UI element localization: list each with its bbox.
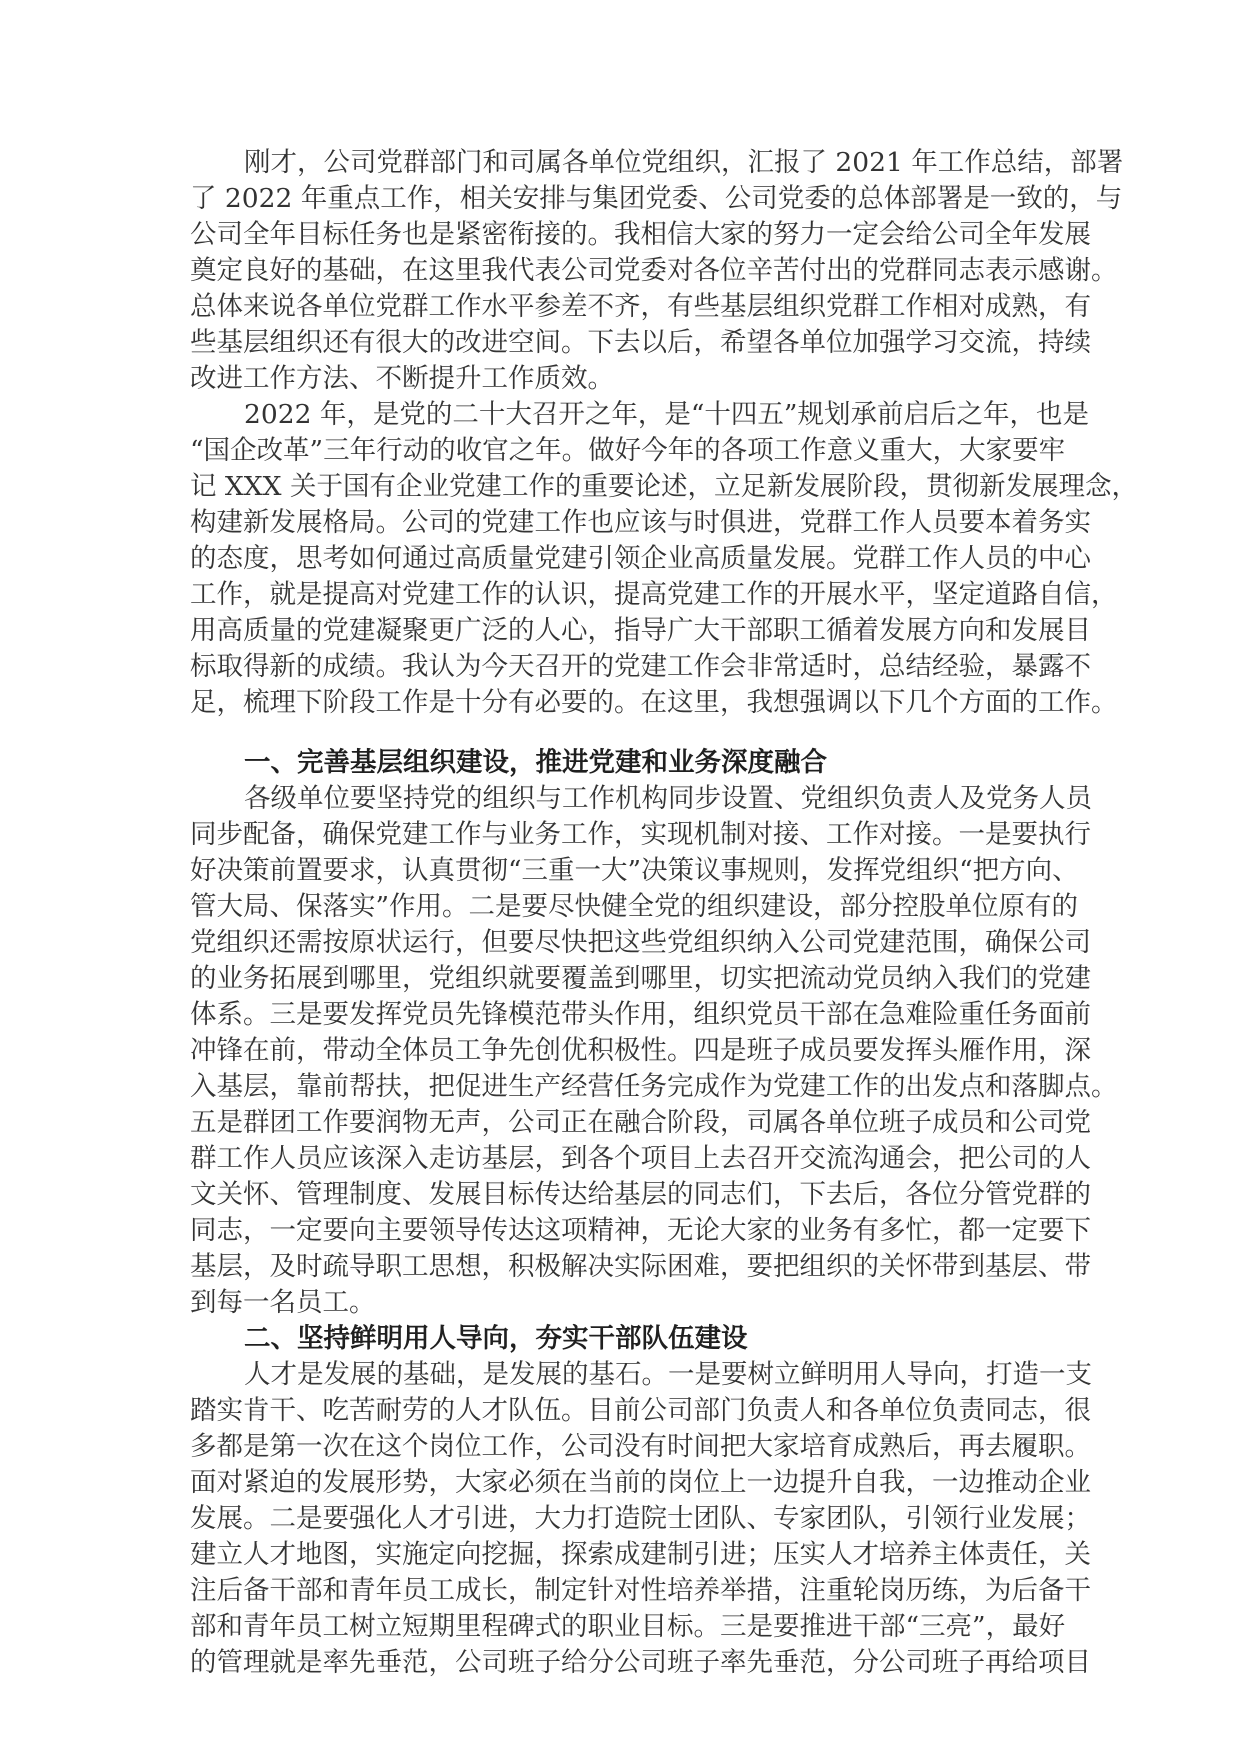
paragraph-line: 多都是第一次在这个岗位工作，公司没有时间把大家培育成熟后，再去履职。 xyxy=(190,1429,1052,1465)
paragraph-line: 党组织还需按原状运行，但要尽快把这些党组织纳入公司党建范围，确保公司 xyxy=(190,925,1052,961)
paragraph-line: 2022 年，是党的二十大召开之年，是“十四五”规划承前启后之年，也是 xyxy=(190,397,1052,433)
paragraph-line: 构建新发展格局。公司的党建工作也应该与时俱进，党群工作人员要本着务实 xyxy=(190,505,1052,541)
paragraph-line: 部和青年员工树立短期里程碑式的职业目标。三是要推进干部“三亮”，最好 xyxy=(190,1609,1052,1645)
paragraph-line: 同步配备，确保党建工作与业务工作，实现机制对接、工作对接。一是要执行 xyxy=(190,817,1052,853)
paragraph-line: 基层，及时疏导职工思想，积极解决实际困难，要把组织的关怀带到基层、带 xyxy=(190,1249,1052,1285)
paragraph-line: 入基层，靠前帮扶，把促进生产经营任务完成作为党建工作的出发点和落脚点。 xyxy=(190,1069,1052,1105)
paragraph-line: 足，梳理下阶段工作是十分有必要的。在这里，我想强调以下几个方面的工作。 xyxy=(190,685,1052,721)
paragraph-line: 奠定良好的基础，在这里我代表公司党委对各位辛苦付出的党群同志表示感谢。 xyxy=(190,253,1052,289)
paragraph-line: 建立人才地图，实施定向挖掘，探索成建制引进；压实人才培养主体责任，关 xyxy=(190,1537,1052,1573)
paragraph-line: 人才是发展的基础，是发展的基石。一是要树立鲜明用人导向，打造一支 xyxy=(190,1357,1052,1393)
paragraph-line: 同志，一定要向主要领导传达这项精神，无论大家的业务有多忙，都一定要下 xyxy=(190,1213,1052,1249)
paragraph-2022-context: 2022 年，是党的二十大召开之年，是“十四五”规划承前启后之年，也是 “国企改… xyxy=(190,397,1052,721)
paragraph-line: 总体来说各单位党群工作水平参差不齐，有些基层组织党群工作相对成熟，有 xyxy=(190,289,1052,325)
paragraph-line: 管大局、保落实”作用。二是要尽快健全党的组织建设，部分控股单位原有的 xyxy=(190,889,1052,925)
paragraph-line: 群工作人员应该深入走访基层，到各个项目上去召开交流沟通会，把公司的人 xyxy=(190,1141,1052,1177)
paragraph-line: 注后备干部和青年员工成长，制定针对性培养举措，注重轮岗历练，为后备干 xyxy=(190,1573,1052,1609)
document-page: 刚才，公司党群部门和司属各单位党组织，汇报了 2021 年工作总结，部署 了 2… xyxy=(0,0,1240,1754)
paragraph-line: 面对紧迫的发展形势，大家必须在当前的岗位上一边提升自我，一边推动企业 xyxy=(190,1465,1052,1501)
paragraph-section-2: 人才是发展的基础，是发展的基石。一是要树立鲜明用人导向，打造一支 踏实肯干、吃苦… xyxy=(190,1357,1052,1681)
paragraph-line: 工作，就是提高对党建工作的认识，提高党建工作的开展水平，坚定道路自信， xyxy=(190,577,1052,613)
paragraph-section-1: 各级单位要坚持党的组织与工作机构同步设置、党组织负责人及党务人员 同步配备，确保… xyxy=(190,781,1052,1321)
section-heading-2: 二、坚持鲜明用人导向，夯实干部队伍建设 xyxy=(190,1321,1052,1357)
paragraph-line: 的业务拓展到哪里，党组织就要覆盖到哪里，切实把流动党员纳入我们的党建 xyxy=(190,961,1052,997)
paragraph-line: 的管理就是率先垂范，公司班子给分公司班子率先垂范，分公司班子再给项目 xyxy=(190,1645,1052,1681)
paragraph-line: 踏实肯干、吃苦耐劳的人才队伍。目前公司部门负责人和各单位负责同志，很 xyxy=(190,1393,1052,1429)
paragraph-line: 些基层组织还有很大的改进空间。下去以后，希望各单位加强学习交流，持续 xyxy=(190,325,1052,361)
paragraph-line: 五是群团工作要润物无声，公司正在融合阶段，司属各单位班子成员和公司党 xyxy=(190,1105,1052,1141)
paragraph-line: 各级单位要坚持党的组织与工作机构同步设置、党组织负责人及党务人员 xyxy=(190,781,1052,817)
document-body: 刚才，公司党群部门和司属各单位党组织，汇报了 2021 年工作总结，部署 了 2… xyxy=(190,145,1052,1681)
paragraph-line: 到每一名员工。 xyxy=(190,1285,1052,1321)
paragraph-line: 公司全年目标任务也是紧密衔接的。我相信大家的努力一定会给公司全年发展 xyxy=(190,217,1052,253)
paragraph-line: 了 2022 年重点工作，相关安排与集团党委、公司党委的总体部署是一致的，与 xyxy=(190,181,1052,217)
section-heading-1: 一、完善基层组织建设，推进党建和业务深度融合 xyxy=(190,745,1052,781)
paragraph-line: 的态度，思考如何通过高质量党建引领企业高质量发展。党群工作人员的中心 xyxy=(190,541,1052,577)
paragraph-opening: 刚才，公司党群部门和司属各单位党组织，汇报了 2021 年工作总结，部署 了 2… xyxy=(190,145,1052,397)
paragraph-line: 体系。三是要发挥党员先锋模范带头作用，组织党员干部在急难险重任务面前 xyxy=(190,997,1052,1033)
paragraph-line: 改进工作方法、不断提升工作质效。 xyxy=(190,361,1052,397)
paragraph-line: 文关怀、管理制度、发展目标传达给基层的同志们，下去后，各位分管党群的 xyxy=(190,1177,1052,1213)
paragraph-line: “国企改革”三年行动的收官之年。做好今年的各项工作意义重大，大家要牢 xyxy=(190,433,1052,469)
paragraph-line: 刚才，公司党群部门和司属各单位党组织，汇报了 2021 年工作总结，部署 xyxy=(190,145,1052,181)
paragraph-line: 发展。二是要强化人才引进，大力打造院士团队、专家团队，引领行业发展； xyxy=(190,1501,1052,1537)
paragraph-line: 标取得新的成绩。我认为今天召开的党建工作会非常适时，总结经验，暴露不 xyxy=(190,649,1052,685)
paragraph-line: 好决策前置要求，认真贯彻“三重一大”决策议事规则，发挥党组织“把方向、 xyxy=(190,853,1052,889)
paragraph-line: 记 XXX 关于国有企业党建工作的重要论述，立足新发展阶段，贯彻新发展理念， xyxy=(190,469,1052,505)
paragraph-line: 用高质量的党建凝聚更广泛的人心，指导广大干部职工循着发展方向和发展目 xyxy=(190,613,1052,649)
paragraph-line: 冲锋在前，带动全体员工争先创优积极性。四是班子成员要发挥头雁作用，深 xyxy=(190,1033,1052,1069)
